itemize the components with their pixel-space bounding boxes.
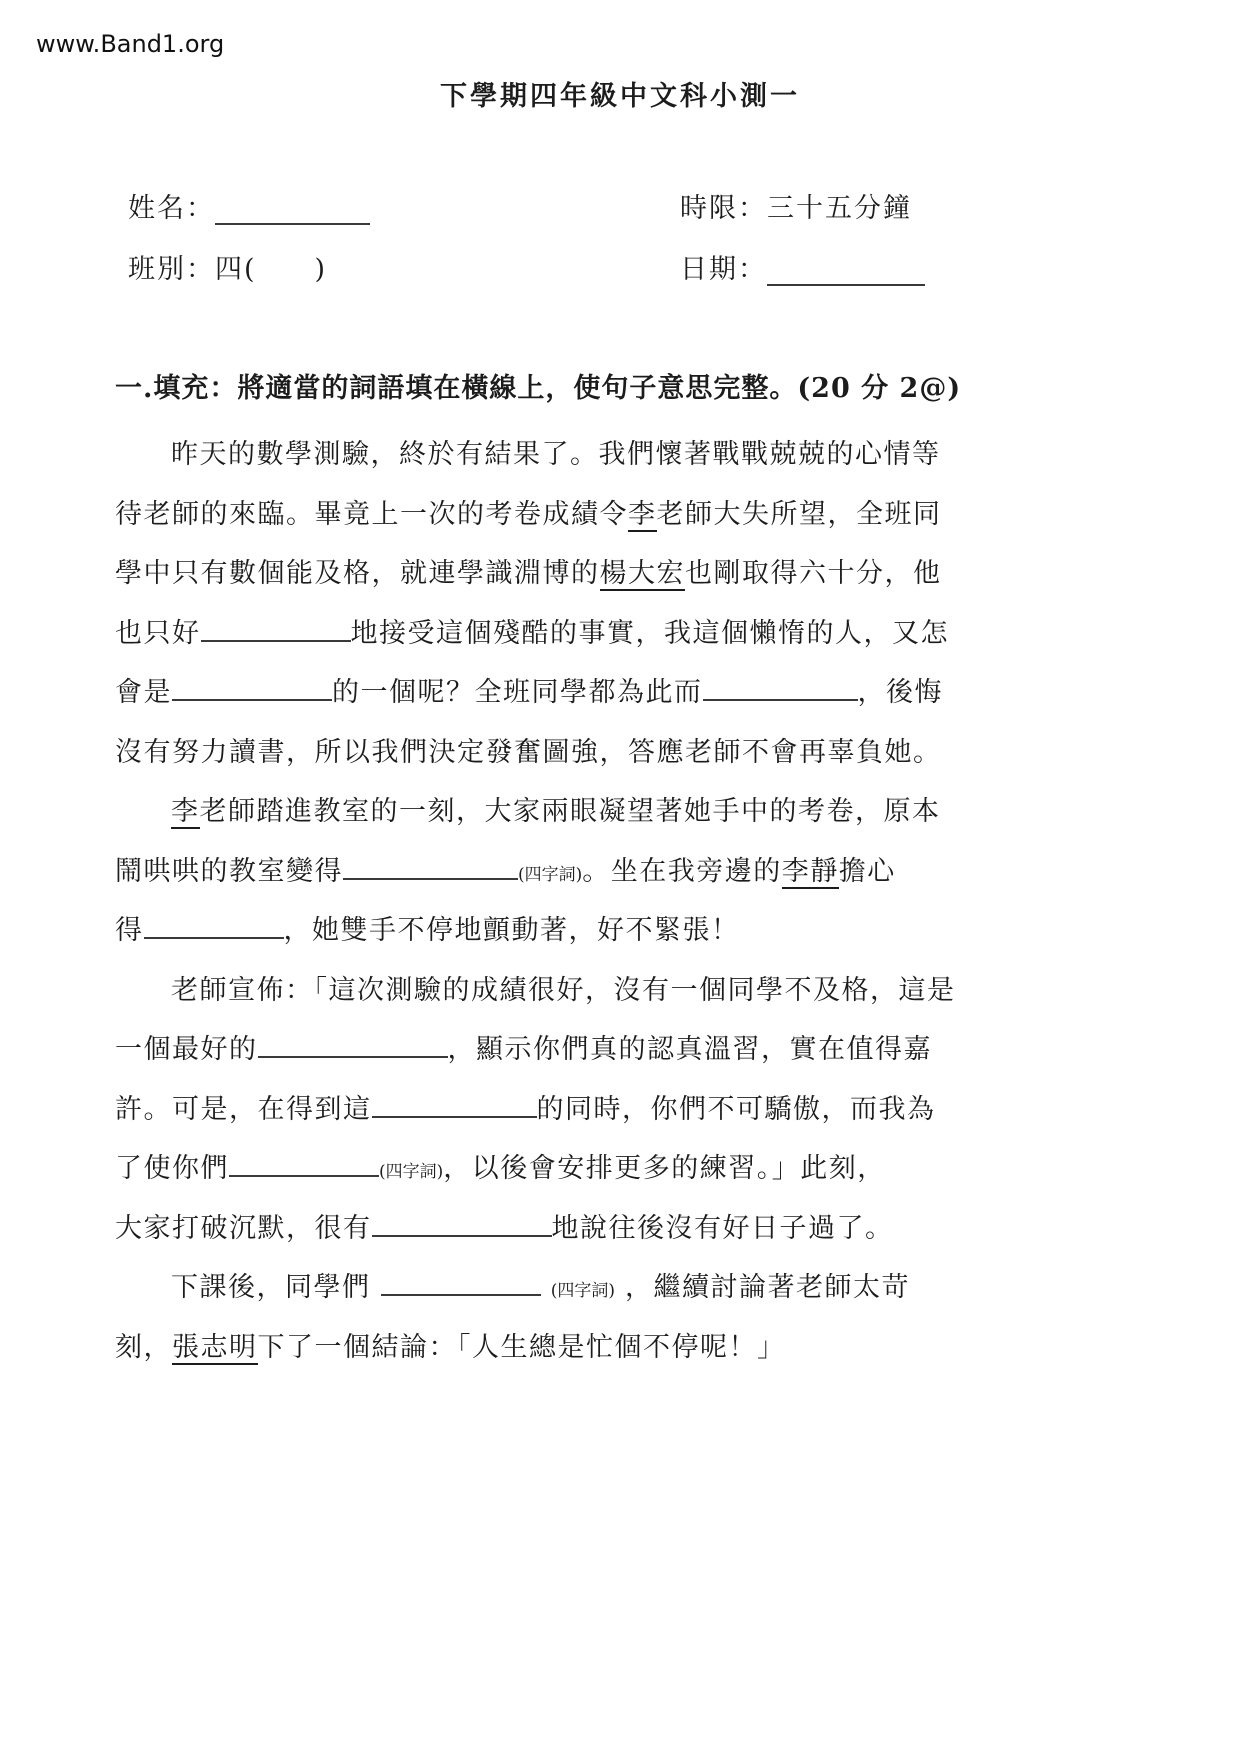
text-run: 大家打破沉默，很有 (115, 1213, 372, 1244)
fill-in-blank[interactable] (172, 673, 332, 701)
text-run: 的一個呢？全班同學都為此而 (332, 677, 703, 708)
underlined-name: 李 (171, 796, 200, 829)
time-limit-label: 時限：三十五分鐘 (680, 186, 912, 225)
text-run: ，繼續討論著老師太苛 (615, 1272, 910, 1303)
four-char-hint: (四字詞) (518, 865, 582, 885)
text-run: 會是 (115, 677, 172, 708)
text-line: 李老師踏進教室的一刻，大家兩眼凝望著她手中的考卷，原本 (115, 789, 945, 849)
text-run: 待老師的來臨。畢竟上一次的考卷成績令 (115, 499, 628, 530)
name-label: 姓名： (128, 186, 215, 225)
text-run: 擔心 (839, 856, 896, 887)
section-heading: 一.填充：將適當的詞語填在橫線上，使句子意思完整。(20 分 2@) (115, 366, 1150, 405)
fill-in-blank[interactable] (372, 1209, 552, 1237)
text-run: 老師踏進教室的一刻，大家兩眼凝望著她手中的考卷，原本 (200, 796, 941, 827)
text-line: 許。可是，在得到這的同時，你們不可驕傲，而我為 (115, 1087, 945, 1147)
text-line: 刻，張志明下了一個結論：「人生總是忙個不停呢！」 (115, 1325, 945, 1385)
text-run (541, 1272, 551, 1303)
text-run: 。坐在我旁邊的 (582, 856, 782, 887)
page-title: 下學期四年級中文科小測一 (0, 74, 1240, 113)
text-run: ，以後會安排更多的練習。」此刻， (443, 1153, 886, 1184)
fill-in-blank[interactable] (343, 852, 518, 880)
text-run: 得 (115, 915, 144, 946)
text-run: 地接受這個殘酷的事實，我這個懶惰的人，又怎 (351, 618, 950, 649)
text-line: 一個最好的，顯示你們真的認真溫習，實在值得嘉 (115, 1027, 945, 1087)
info-row-2: 班別：四( ) 日期： (128, 247, 1120, 286)
four-char-hint: (四字詞) (551, 1281, 615, 1301)
date-field: 日期： (680, 247, 1120, 286)
text-run: 下課後，同學們 (171, 1272, 381, 1303)
text-run: 地說往後沒有好日子過了。 (552, 1213, 894, 1244)
text-run: 下了一個結論：「人生總是忙個不停呢！」 (258, 1332, 786, 1363)
text-line: 下課後，同學們 (四字詞) ，繼續討論著老師太苛 (115, 1265, 945, 1325)
date-blank-line (767, 254, 925, 286)
underlined-name: 李 (628, 499, 657, 532)
fill-in-blank[interactable] (229, 1149, 379, 1177)
text-run: 鬧哄哄的教室變得 (115, 856, 343, 887)
student-info-block: 姓名： 時限：三十五分鐘 班別：四( ) 日期： (128, 186, 1120, 308)
text-run: 刻， (115, 1332, 172, 1363)
text-run: 了使你們 (115, 1153, 229, 1184)
text-line: 會是的一個呢？全班同學都為此而，後悔 (115, 670, 945, 730)
underlined-name: 楊大宏 (600, 558, 686, 591)
text-run: ，她雙手不停地顫動著，好不緊張！ (284, 915, 740, 946)
text-line: 得，她雙手不停地顫動著，好不緊張！ (115, 908, 945, 968)
text-line: 待老師的來臨。畢竟上一次的考卷成績令李老師大失所望，全班同 (115, 492, 945, 552)
text-line: 沒有努力讀書，所以我們決定發奮圖強，答應老師不會再辜負她。 (115, 730, 945, 790)
underlined-name: 張志明 (172, 1332, 258, 1365)
name-field: 姓名： (128, 186, 370, 225)
text-line: 也只好地接受這個殘酷的事實，我這個懶惰的人，又怎 (115, 611, 945, 671)
text-line: 老師宣佈：「這次測驗的成績很好，沒有一個同學不及格，這是 (115, 968, 945, 1028)
watermark: www.Band1.org (36, 30, 224, 58)
info-row-1: 姓名： 時限：三十五分鐘 (128, 186, 1120, 225)
class-field: 班別：四( ) (128, 247, 327, 286)
text-run: 許。可是，在得到這 (115, 1094, 372, 1125)
fill-in-blank[interactable] (258, 1030, 448, 1058)
fill-in-blank[interactable] (372, 1090, 537, 1118)
text-run: 也只好 (115, 618, 201, 649)
text-run: 沒有努力讀書，所以我們決定發奮圖強，答應老師不會再辜負她。 (115, 737, 942, 768)
fill-in-blank[interactable] (703, 673, 858, 701)
time-limit-field: 時限：三十五分鐘 (680, 186, 1120, 225)
fill-in-blank[interactable] (144, 911, 284, 939)
text-run: 也剛取得六十分，他 (685, 558, 942, 589)
text-run: 昨天的數學測驗，終於有結果了。我們懷著戰戰兢兢的心情等 (171, 439, 941, 470)
text-line: 學中只有數個能及格，就連學識淵博的楊大宏也剛取得六十分，他 (115, 551, 945, 611)
text-run: 老師大失所望，全班同 (657, 499, 942, 530)
date-label: 日期： (680, 247, 767, 286)
text-run: 的同時，你們不可驕傲，而我為 (537, 1094, 936, 1125)
text-run: ，後悔 (858, 677, 944, 708)
text-line: 大家打破沉默，很有地說往後沒有好日子過了。 (115, 1206, 945, 1266)
text-run: 一個最好的 (115, 1034, 258, 1065)
text-run: ，顯示你們真的認真溫習，實在值得嘉 (448, 1034, 933, 1065)
fill-in-blank[interactable] (201, 614, 351, 642)
four-char-hint: (四字詞) (379, 1162, 443, 1182)
text-line: 了使你們(四字詞)，以後會安排更多的練習。」此刻， (115, 1146, 945, 1206)
test-paper-page: www.Band1.org 下學期四年級中文科小測一 姓名： 時限：三十五分鐘 … (0, 0, 1240, 1754)
text-run: 老師宣佈：「這次測驗的成績很好，沒有一個同學不及格，這是 (171, 975, 956, 1006)
exercise-text: 昨天的數學測驗，終於有結果了。我們懷著戰戰兢兢的心情等待老師的來臨。畢竟上一次的… (115, 432, 945, 1384)
fill-in-blank[interactable] (381, 1268, 541, 1296)
text-line: 鬧哄哄的教室變得(四字詞)。坐在我旁邊的李靜擔心 (115, 849, 945, 909)
text-run: 學中只有數個能及格，就連學識淵博的 (115, 558, 600, 589)
name-blank-line (215, 193, 370, 225)
class-label: 班別：四( ) (128, 247, 327, 286)
text-line: 昨天的數學測驗，終於有結果了。我們懷著戰戰兢兢的心情等 (115, 432, 945, 492)
underlined-name: 李靜 (782, 856, 839, 889)
